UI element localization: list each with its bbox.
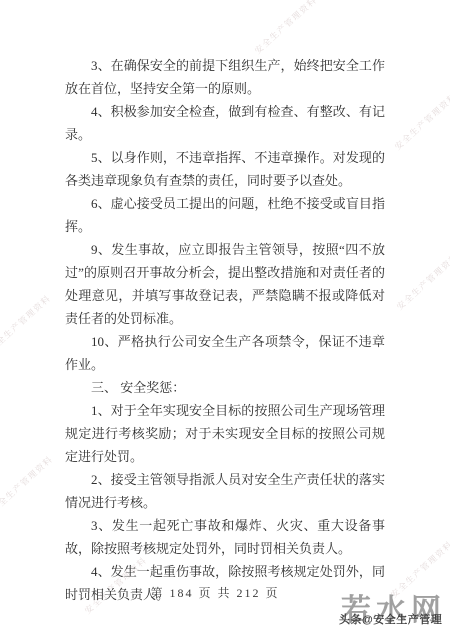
body-paragraph: 6、虚心接受员工提出的问题，杜绝不接受或盲目指挥。 [65, 192, 385, 238]
document-page: 安全生产管理资料 安全生产管理资料 安全生产管理资料 安全生产管理资料 安全生产… [0, 0, 450, 636]
diagonal-watermark: 安全生产管理资料 [252, 0, 319, 56]
body-paragraph: 9、发生事故，应立即报告主管领导，按照“四不放过”的原则召开事故分析会，提出整改… [65, 238, 385, 330]
body-paragraph: 5、以身作则，不违章指挥、不违章操作。对发现的各类违章现象负有查禁的责任，同时要… [65, 146, 385, 192]
body-paragraph: 3、在确保安全的前提下组织生产，始终把安全工作放在首位，坚持安全第一的原则。 [65, 54, 385, 100]
body-paragraph: 1、对于全年实现安全目标的按照公司生产现场管理规定进行考核奖励；对于未实现安全目… [65, 399, 385, 468]
body-paragraph: 2、接受主管领导指派人员对安全生产责任状的落实情况进行考核。 [65, 468, 385, 514]
diagonal-watermark: 安全生产管理资料 [0, 292, 53, 354]
document-body: 3、在确保安全的前提下组织生产，始终把安全工作放在首位，坚持安全第一的原则。 4… [65, 54, 385, 606]
body-paragraph: 10、严格执行公司安全生产各项禁令，保证不违章作业。 [65, 330, 385, 376]
watermark-account-overlay: 头条@安全生产管理 [339, 611, 442, 627]
section-heading: 三、 安全奖惩： [65, 376, 385, 399]
diagonal-watermark: 安全生产管理资料 [392, 90, 450, 152]
diagonal-watermark: 安全生产管理资料 [394, 250, 450, 312]
body-paragraph: 3、发生一起死亡事故和爆炸、火灾、重大设备事故，除按照考核规定处罚外，同时罚相关… [65, 514, 385, 560]
site-logo: 若水网 头条@安全生产管理 [341, 594, 446, 630]
diagonal-watermark: 安全生产管理资料 [0, 453, 55, 515]
body-paragraph: 4、积极参加安全检查，做到有检查、有整改、有记录。 [65, 100, 385, 146]
